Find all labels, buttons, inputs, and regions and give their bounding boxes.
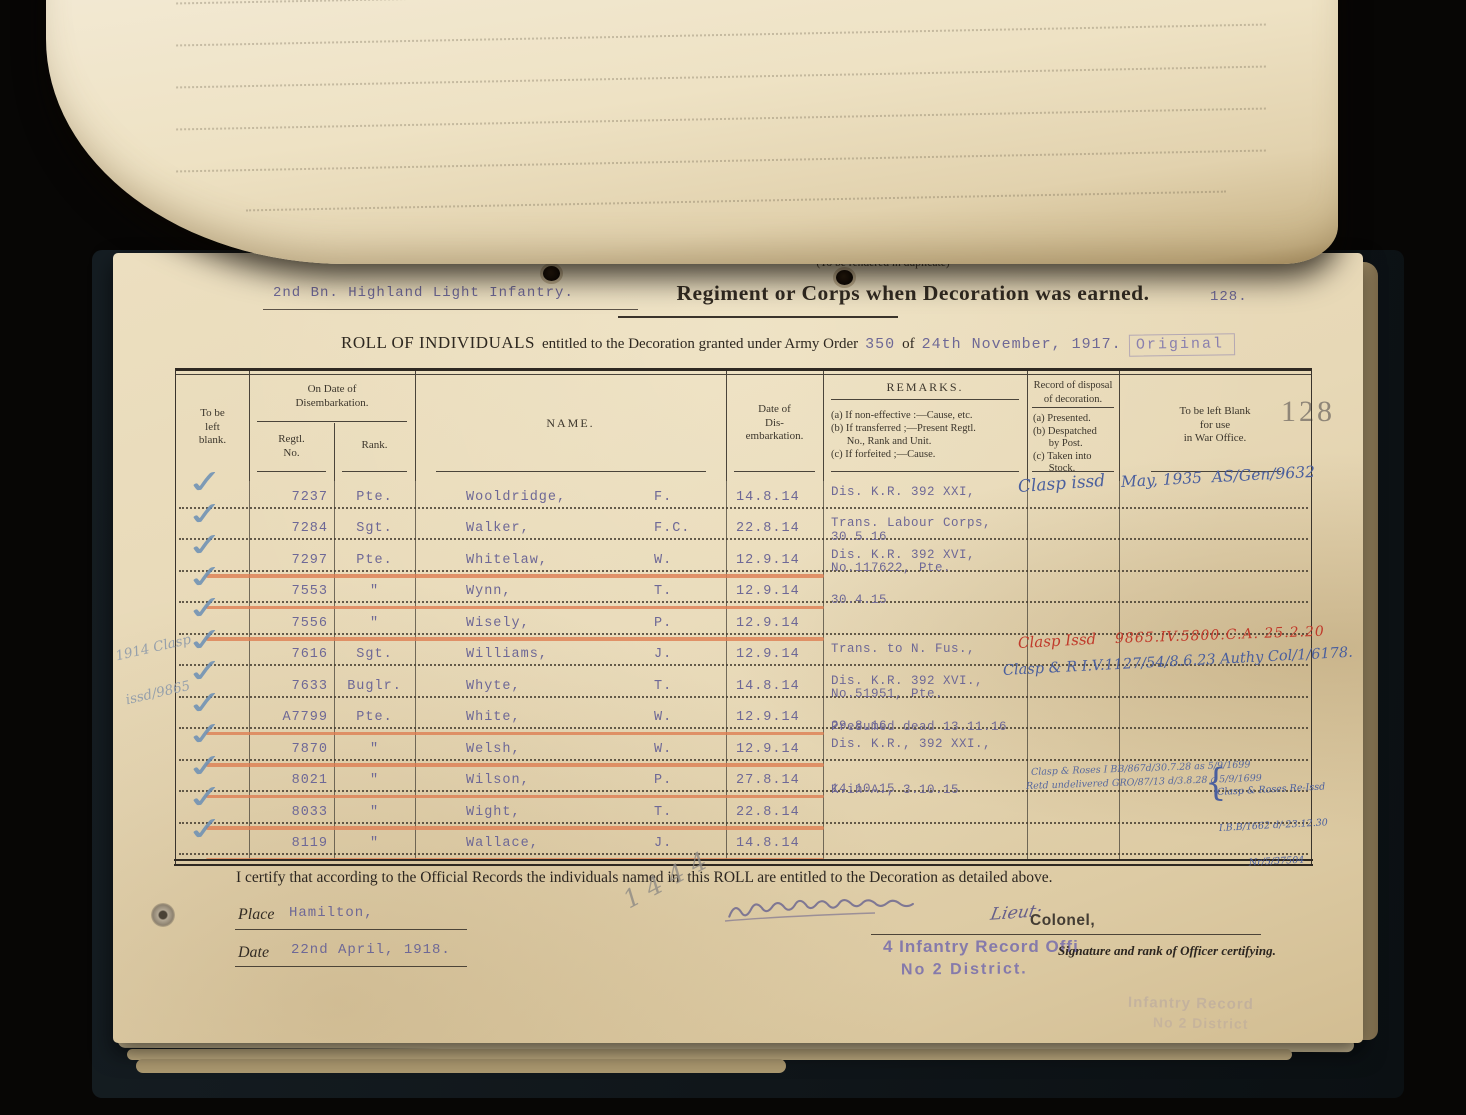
title-underline <box>618 316 898 318</box>
disembarkation-date: 12.9.14 <box>736 553 800 568</box>
disembarkation-date: 22.8.14 <box>736 521 800 536</box>
table-row: ✓ A7799 Pte. White, W. 12.9.14 Trans. to… <box>176 702 1311 734</box>
table-row: ✓ 8033 ″ Wight, T. 22.8.14 Dis. K.R., 39… <box>176 796 1311 828</box>
roll-heading: ROLL OF INDIVIDUALS entitled to the Deco… <box>341 333 1351 356</box>
col-header-date: Date of Dis- embarkation. <box>726 403 823 444</box>
regtl-no: A7799 <box>258 710 328 725</box>
regtl-no: 7633 <box>258 679 328 694</box>
initials: F. <box>654 490 714 505</box>
col-header-blank: To be left blank. <box>176 407 249 448</box>
roll-heading-of: of <box>902 336 915 353</box>
regtl-no: 7297 <box>258 553 328 568</box>
faint-office-stamp: Infantry Record <box>1128 994 1254 1013</box>
signature-underline <box>871 934 1261 935</box>
surname: Wooldridge, <box>466 490 566 505</box>
dotted-leader-line <box>179 601 1308 603</box>
disembarkation-date: 27.8.14 <box>736 773 800 788</box>
regtl-no: 7556 <box>258 616 328 631</box>
surname: Walker, <box>466 521 530 536</box>
grommet-icon <box>151 903 175 927</box>
surname: Wallace, <box>466 836 539 851</box>
surname: Wilson, <box>466 773 530 788</box>
page-number-typed: 128. <box>1210 289 1248 305</box>
initials: W. <box>654 710 714 725</box>
rank: Buglr. <box>338 679 411 694</box>
disembarkation-date: 14.8.14 <box>736 836 800 851</box>
initials: W. <box>654 742 714 757</box>
original-stamp: Original <box>1129 333 1235 356</box>
dotted-leader-line <box>179 790 1308 792</box>
signature-caption: Signature and rank of Officer certifying… <box>1058 943 1276 959</box>
regtl-no: 8033 <box>258 805 328 820</box>
initials: T. <box>654 679 714 694</box>
rank: Pte. <box>338 490 411 505</box>
initials: P. <box>654 616 714 631</box>
dotted-leader-line <box>179 727 1308 729</box>
date-underline <box>235 966 467 967</box>
faint-district-stamp: No 2 District <box>1153 1014 1249 1032</box>
rank: ″ <box>338 584 411 599</box>
table-row: ✓ 7284 Sgt. Walker, F.C. 22.8.14 <box>176 513 1311 545</box>
dotted-leader-line <box>179 822 1308 824</box>
surname: Wight, <box>466 805 521 820</box>
handwritten-reissue-note-row11: Clasp & Roses Re-Issd I.B.B/1662 d/-23.1… <box>1216 757 1332 895</box>
page-edge-strip <box>136 1059 786 1073</box>
initials: T. <box>654 805 714 820</box>
date-label: Date <box>238 944 269 962</box>
roll-heading-caps: ROLL OF INDIVIDUALS <box>341 333 535 353</box>
col-header-war-office: To be left Blank for use in War Office. <box>1119 405 1311 446</box>
unit-name: 2nd Bn. Highland Light Infantry. <box>273 285 643 301</box>
table-row: ✓ 7870 ″ Welsh, W. 12.9.14 Dis. K.R. 392… <box>176 733 1311 765</box>
table-row: ✓ 7297 Pte. Whitelaw, W. 12.9.14 Dis. K.… <box>176 544 1311 576</box>
army-order-number: 350 <box>865 336 895 353</box>
roll-table: To be left blank. On Date of Disembarkat… <box>175 368 1312 864</box>
remarks-line1: Dis. K.R. 392 XVI, <box>831 548 975 563</box>
dotted-leader-line <box>179 538 1308 540</box>
disembarkation-date: 12.9.14 <box>736 742 800 757</box>
surname: Wynn, <box>466 584 512 599</box>
curled-page <box>46 0 1338 264</box>
initials: J. <box>654 647 714 662</box>
col-header-regtl-no: Regtl. No. <box>249 433 334 460</box>
col-header-remarks: REMARKS. <box>823 381 1027 395</box>
printed-rank: Colonel, <box>1030 912 1095 930</box>
page-title: Regiment or Corps when Decoration was ea… <box>618 281 1208 306</box>
regtl-no: 7237 <box>258 490 328 505</box>
disembarkation-date: 12.9.14 <box>736 710 800 725</box>
photographed-ledger-page: { "header": { "duplicate_note": "(To be … <box>0 0 1466 1115</box>
disembarkation-date: 12.9.14 <box>736 647 800 662</box>
rank: Sgt. <box>338 647 411 662</box>
date-value: 22nd April, 1918. <box>291 942 451 958</box>
dotted-leader-line <box>179 696 1308 698</box>
col-header-disposal: Record of disposal of decoration. <box>1027 379 1119 406</box>
surname: Williams, <box>466 647 548 662</box>
dotted-leader-line <box>179 507 1308 509</box>
signature-scribble <box>721 891 951 925</box>
rank: Sgt. <box>338 521 411 536</box>
remarks: K.in A., 3.10.15 <box>831 753 959 858</box>
rank: ″ <box>338 836 411 851</box>
roll-page: (To be rendered in duplicate) 2nd Bn. Hi… <box>113 253 1363 1043</box>
rank: Pte. <box>338 553 411 568</box>
dotted-leader-line <box>179 759 1308 761</box>
roll-heading-text: entitled to the Decoration granted under… <box>542 336 858 353</box>
place-underline <box>235 929 467 930</box>
record-office-stamp: 4 Infantry Record Offi <box>883 937 1079 957</box>
army-order-date: 24th November, 1917. <box>922 336 1122 353</box>
remarks-line1: Dis. K.R. 392 XVI., <box>831 674 983 689</box>
initials: W. <box>654 553 714 568</box>
district-stamp: No 2 District. <box>901 960 1028 979</box>
surname: Welsh, <box>466 742 521 757</box>
remarks-line1: K.in A., 3.10.15 <box>831 783 959 798</box>
remarks-line1: Dis. K.R., 392 XXI., <box>831 737 991 752</box>
regtl-no: 7870 <box>258 742 328 757</box>
regtl-no: 8119 <box>258 836 328 851</box>
table-row: ✓ 7633 Buglr. Whyte, T. 14.8.14 <box>176 670 1311 702</box>
col-header-disembarkation-group: On Date of Disembarkation. <box>249 383 415 410</box>
regtl-no: 7616 <box>258 647 328 662</box>
rank: ″ <box>338 616 411 631</box>
place-label: Place <box>238 906 274 924</box>
table-row: ✓ 8119 ″ Wallace, J. 14.8.14 K.in A., 3.… <box>176 828 1311 860</box>
table-header: To be left blank. On Date of Disembarkat… <box>176 371 1311 481</box>
dotted-leader-line <box>179 570 1308 572</box>
initials: F.C. <box>654 521 714 536</box>
initials: T. <box>654 584 714 599</box>
col-header-name: NAME. <box>415 417 726 431</box>
col-header-rank: Rank. <box>334 439 415 453</box>
unit-underline <box>263 309 638 310</box>
check-mark-icon: ✓ <box>182 809 228 848</box>
rank: Pte. <box>338 710 411 725</box>
surname: White, <box>466 710 521 725</box>
disembarkation-date: 22.8.14 <box>736 805 800 820</box>
regtl-no: 7284 <box>258 521 328 536</box>
disembarkation-date: 14.8.14 <box>736 679 800 694</box>
place-value: Hamilton, <box>289 905 374 921</box>
surname: Whitelaw, <box>466 553 548 568</box>
surname: Wisely, <box>466 616 530 631</box>
surname: Whyte, <box>466 679 521 694</box>
dotted-leader-line <box>179 853 1308 855</box>
disembarkation-date: 14.8.14 <box>736 490 800 505</box>
regtl-no: 8021 <box>258 773 328 788</box>
rank: ″ <box>338 805 411 820</box>
regtl-no: 7553 <box>258 584 328 599</box>
disposal-legend: (a) Presented. (b) Despatched by Post. (… <box>1033 413 1119 476</box>
disembarkation-date: 12.9.14 <box>736 616 800 631</box>
hole-punch-icon <box>543 266 560 281</box>
rank: ″ <box>338 742 411 757</box>
table-row: ✓ 7553 ″ Wynn, T. 12.9.14 Trans. Labour … <box>176 576 1311 608</box>
rank: ″ <box>338 773 411 788</box>
initials: P. <box>654 773 714 788</box>
disembarkation-date: 12.9.14 <box>736 584 800 599</box>
